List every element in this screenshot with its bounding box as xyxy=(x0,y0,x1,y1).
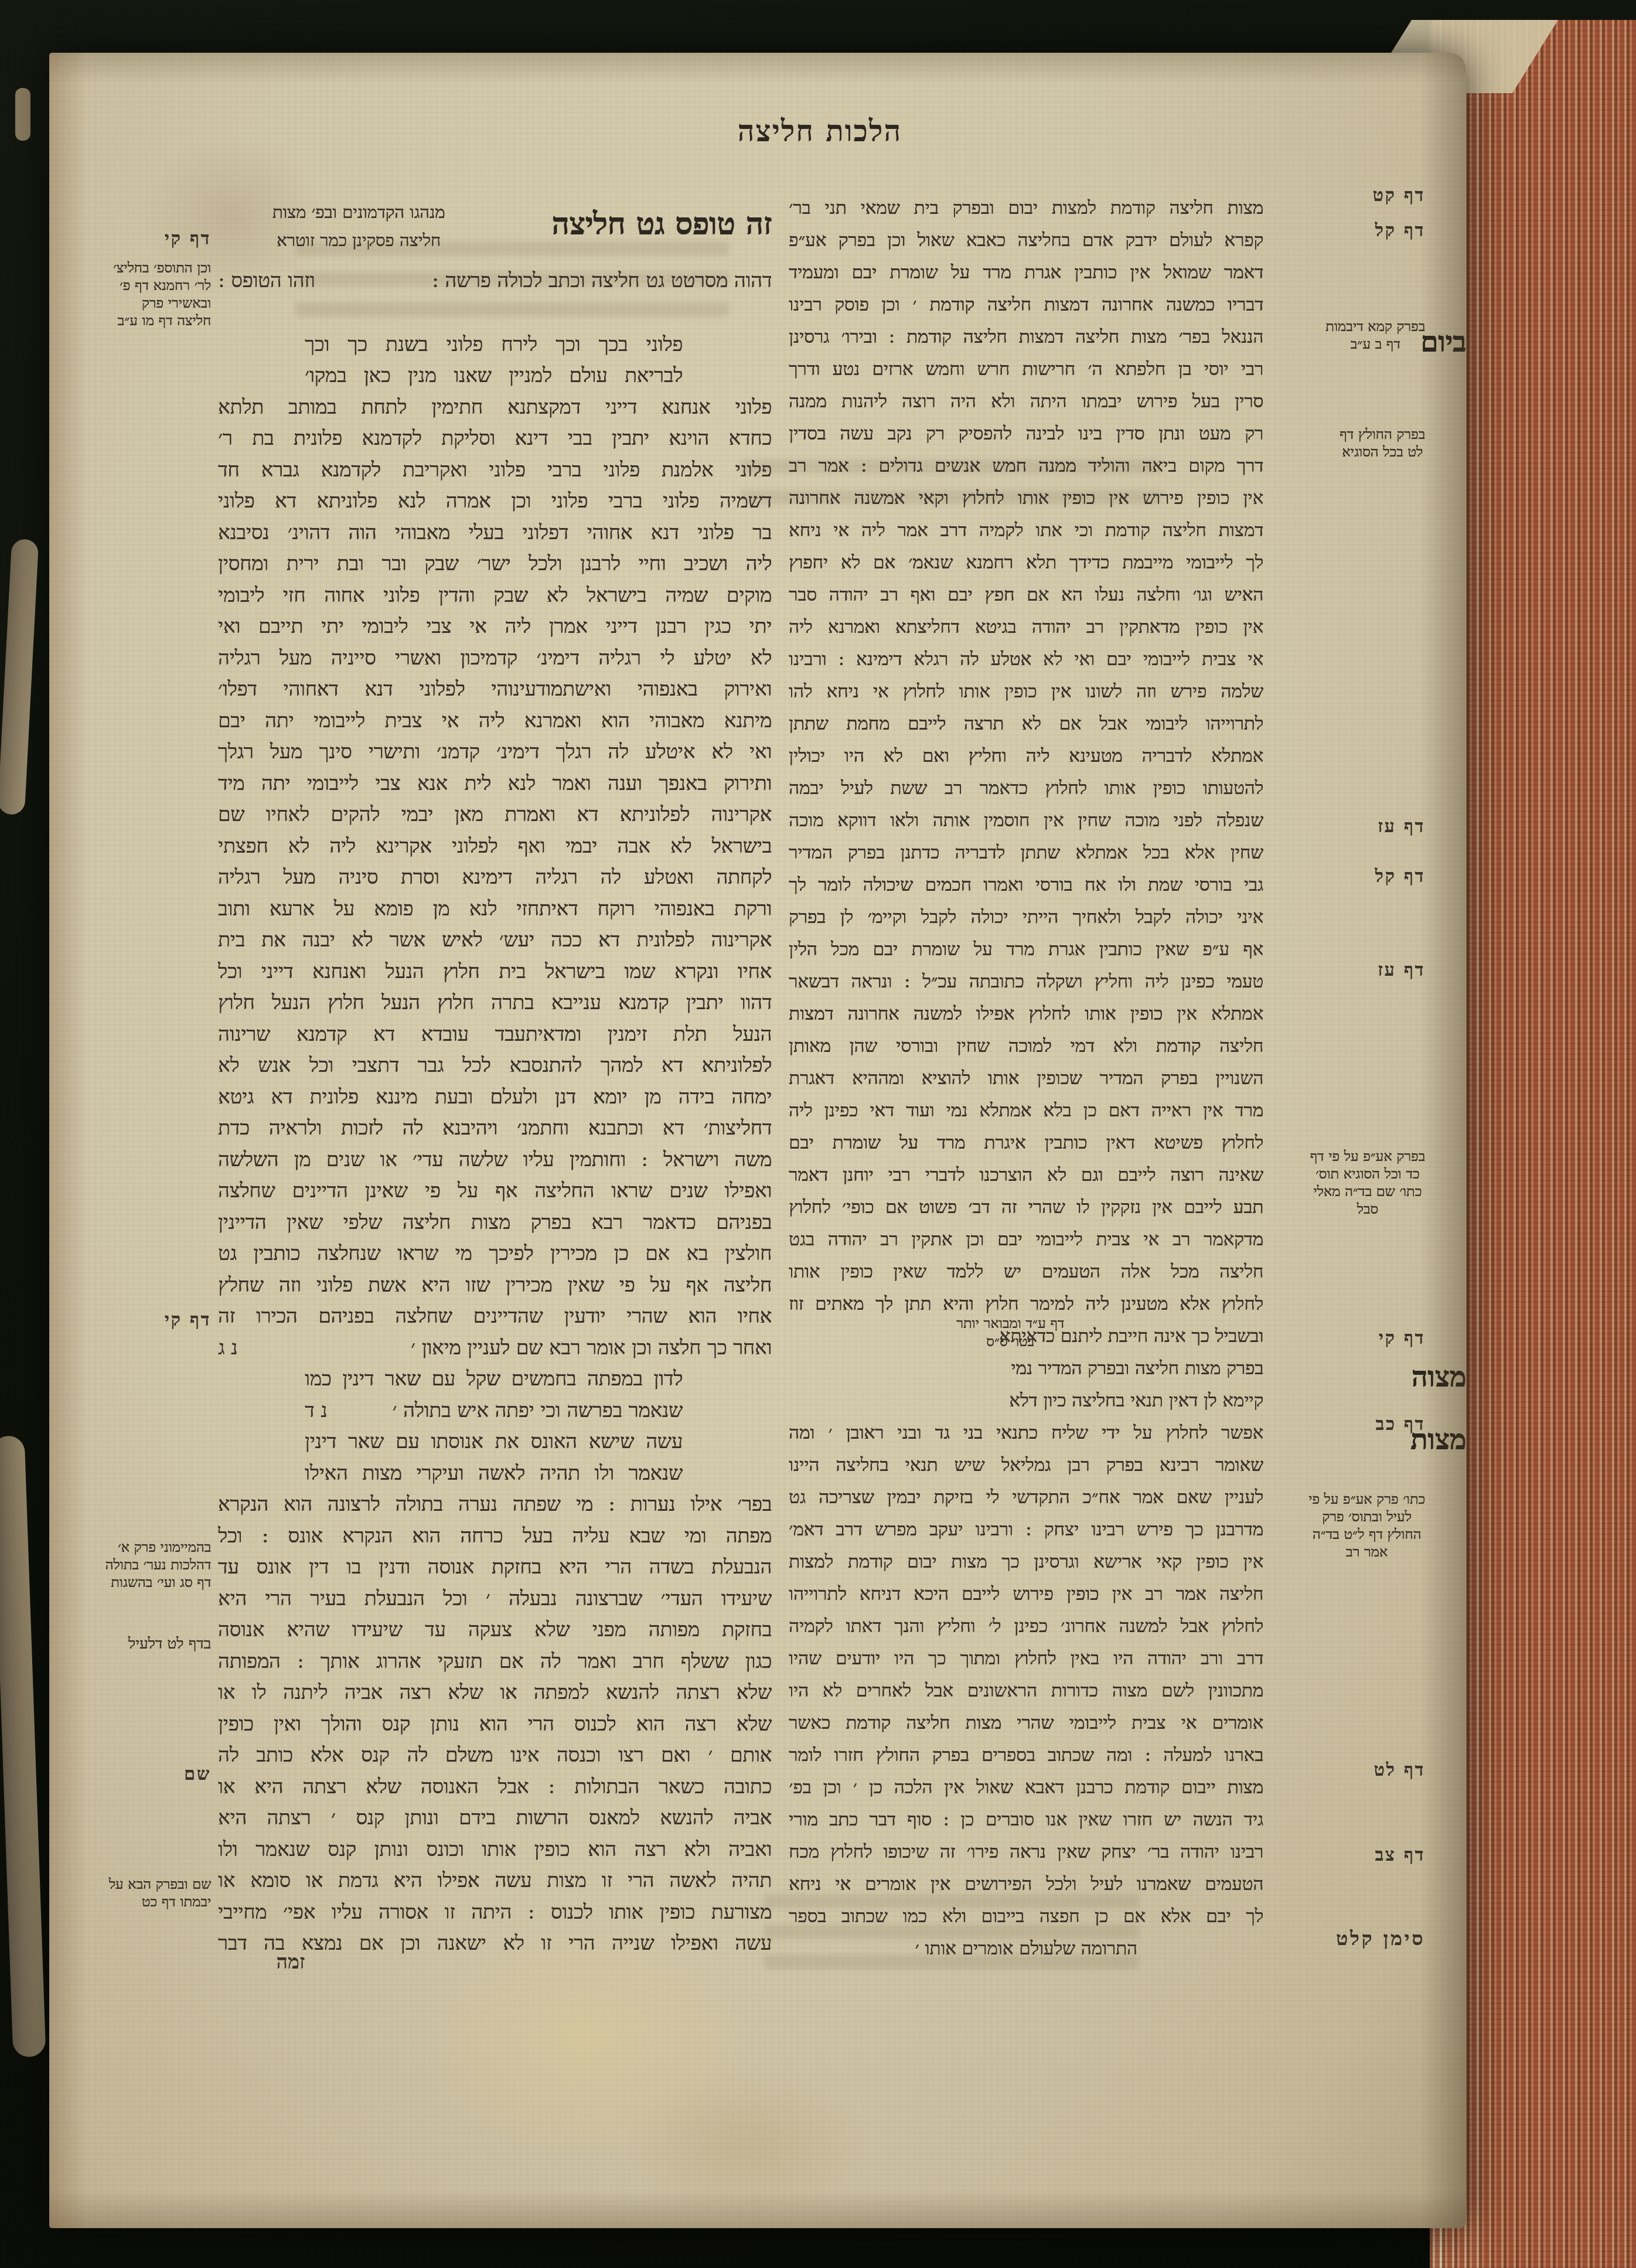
note-line: בהמיימוני פרק א׳ xyxy=(57,1538,211,1556)
text-line: לבריאת עולם למניין שאנו מנין כאן במקו׳ xyxy=(218,360,772,392)
note-line: וכן התוספ׳ בחליצ׳ xyxy=(57,259,211,277)
text-line: מיתנא מאבוהי הוא ואמרנא ליה אי צבית לייב… xyxy=(218,706,772,737)
text-line: התרומה שלעולם אומרים אותו ׳ xyxy=(789,1933,1263,1965)
margin-ref: דף קי xyxy=(1379,1328,1425,1348)
text-line: כגון ששלף חרב ואמר לה אם תזעקי אהרוג אות… xyxy=(218,1646,772,1678)
text-line: שלמה פירש וזה לשונו אין כופין אותו לחלוץ… xyxy=(789,676,1263,708)
text-line: ורקת באנפוהי רוקח דאיתחזי לנא מן פומא על… xyxy=(218,894,772,925)
text-line: דהוה מסרטט גט חליצה וכתב לכולה פרשה :וזה… xyxy=(218,265,772,297)
text-line: מתכוונין לשם מצוה כדורות הראשונים אבל לא… xyxy=(789,1675,1263,1707)
book-page: הלכות חליצה מצות חליצה קודמת למצות יבום … xyxy=(49,53,1466,2228)
margin-ref: דף קל xyxy=(1375,220,1425,241)
text-line: שנאמר בפרשה וכי יפתה איש בתולה ׳נ ד xyxy=(218,1395,772,1427)
text-line: גיד הנשה יש חזרו שאין אנו סוברים כן : סו… xyxy=(789,1804,1263,1836)
margin-gloss: בהמיימוני פרק א׳דהלכות נער׳ בתולהדף סג ו… xyxy=(57,1538,211,1591)
text-line: בישראל לא אבה יבמי ואף לפלוני אקרינא ליה… xyxy=(218,831,772,863)
note-line: בדף לט דלעיל xyxy=(57,1635,211,1653)
text-line: השנויין בפרק המדיר שכופין אותו להוציא ומ… xyxy=(789,1063,1263,1095)
note-line: בפרק אע״פ על פי דף xyxy=(1310,1147,1425,1165)
margin-ref: דף לט xyxy=(1373,1760,1425,1780)
text-segment: נ ג xyxy=(218,1333,237,1364)
big-initial-word: מצות xyxy=(1410,1424,1466,1456)
text-line: להטעותו כופין אותו לחלוץ כדאמר רב ששת לע… xyxy=(789,772,1263,805)
text-line: ואי לא איטלע לה רגלך דימינ׳ קדמנ׳ ותישרי… xyxy=(218,737,772,768)
text-line: לך יבם אלא אם כן חפצה בייבום ולא כמו שכת… xyxy=(789,1901,1263,1933)
text-line: כתובה כשאר הבתולות : אבל האנוסה שלא רצתה… xyxy=(218,1772,772,1803)
text-line: מצות ייבום קודמת כרבנן דאבא שאול אין הלכ… xyxy=(789,1772,1263,1804)
text-line: גבי בורסי שמת ולו אח בורסי ואמרו חכמים ש… xyxy=(789,869,1263,901)
note-line: לט בכל הסוגיא xyxy=(1340,443,1425,461)
text-line: חליצה אף על פי שאין מכירין שזו היא אשת פ… xyxy=(218,1270,772,1302)
text-line: חליצה קודמת ולא דמי למוכה שחין ובורסי שה… xyxy=(789,1030,1263,1063)
text-line: סרין בעל פירוש יבמתו היתה ולא היה רוצה ל… xyxy=(789,386,1263,418)
text-line: אף ע״פ שאין כותבין אגרת מרד על שומרת יבם… xyxy=(789,934,1263,966)
left-column-lines: דהוה מסרטט גט חליצה וכתב לכולה פרשה :וזה… xyxy=(218,265,772,1960)
margin-ref: דף קי xyxy=(57,229,211,249)
text-line: לחלוץ אבל למשנה אחרונ׳ כפינן ל׳ וחליץ וה… xyxy=(789,1610,1263,1643)
text-line: שלא רצתה להנשא למפתה או שלא רצה אביה לית… xyxy=(218,1677,772,1709)
section-subtitle: מנהגו הקדמונים ובפ׳ מצותחליצה פסקינן כמר… xyxy=(218,192,499,265)
note-line: אמר רב xyxy=(1308,1543,1425,1561)
text-line: דרך מקום ביאה והוליד ממנה חמש אנשים גדול… xyxy=(789,450,1263,482)
text-line: ואביה ולא רצה הוא כופין אותו וכונס ונותן… xyxy=(218,1834,772,1866)
text-line: לחלוץ פשיטא דאין כותבין איגרת מרד על שומ… xyxy=(789,1127,1263,1159)
text-line: אין כופין מדאתקין רב יהודה בגיטא דחליצתא… xyxy=(789,611,1263,643)
note-line: בפרק החולץ דף xyxy=(1340,425,1425,443)
scanned-book-photo: הלכות חליצה מצות חליצה קודמת למצות יבום … xyxy=(0,0,1636,2268)
text-line: לך לייבומי מייבמת כדידך תלא רחמנא שנאמ׳ … xyxy=(789,547,1263,579)
margin-gloss: וכן התוספ׳ בחליצ׳לר׳ רחמנא דף פ׳ובאשירי … xyxy=(57,259,211,329)
text-line: בר פלוני דנא אחוהי דפלוני בעלי מאבוהי הו… xyxy=(218,517,772,549)
text-segment: וזהו הטופס : xyxy=(218,265,315,297)
note-line: דף ב ע״ב xyxy=(1325,335,1425,353)
note-line: חליצה דף מו ע״ב xyxy=(57,312,211,329)
text-line: לתרוייהו ליבומי אבל אם לא תרצה לייבם מחמ… xyxy=(789,708,1263,740)
text-line: לא יטלע לי רגליה דימינ׳ קדמיכון ואשרי סי… xyxy=(218,643,772,675)
text-line: ואפילו שנים שראו החליצה אף על פי שאינן ה… xyxy=(218,1176,772,1207)
text-segment: ואחר כך חלצה וכן אומר רבא שם לעניין מיאו… xyxy=(411,1333,772,1364)
text-line: קיימא לן דאין תנאי בחליצה כיון דלא xyxy=(789,1385,1263,1417)
margin-gloss: שם ובפרק הבא עליבמתו דף כט xyxy=(57,1875,211,1911)
text-line: ותירוק באנפך וענה ואמר לנא לית אנא צבי ל… xyxy=(218,768,772,800)
text-line: אותם ׳ ואם רצו וכנסה אינו משלם לה קנס אל… xyxy=(218,1740,772,1772)
text-line: איני יכולה לקבל ולאחיך הייתי יכולה לקבל … xyxy=(789,901,1263,934)
text-line: דהוו יתבין קדמנא ענייבא בתרה חלוץ הנעל ח… xyxy=(218,987,772,1019)
text-line: מפתה ומי שבא עליה בעל כרחה הוא הנקרא אונ… xyxy=(218,1521,772,1552)
text-line: דחליצות׳ דא וכתבנא וחתמנ׳ ויהיבנא לה לזכ… xyxy=(218,1113,772,1145)
text-line: חליצה אמר רב אין כופין פירוש לייבם היכא … xyxy=(789,1578,1263,1610)
text-line: רק מעט ונתן סדין בינו לבינה להפסיק רק נק… xyxy=(789,418,1263,450)
note-line: שם ובפרק הבא על xyxy=(57,1875,211,1893)
text-line: מצות חליצה קודמת למצות יבום ובפרק בית שמ… xyxy=(789,192,1263,224)
text-line: מצורעת כופין אותו לכנוס : היתה זו אסורה … xyxy=(218,1897,772,1929)
margin-gloss: בפרק קמא דיבמותדף ב ע״ב xyxy=(1325,318,1425,353)
margin-ref: דף כב xyxy=(1375,1414,1425,1435)
text-line: רבינו יהודה בר׳ יצחק שאין נראה פירו׳ זה … xyxy=(789,1836,1263,1868)
text-line: ואחר כך חלצה וכן אומר רבא שם לעניין מיאו… xyxy=(218,1333,772,1364)
margin-ref: דף צב xyxy=(1375,1845,1425,1865)
text-line: הננאל בפר׳ מצות חליצה דמצות חליצה קודמת … xyxy=(789,321,1263,353)
text-line: אמתלא לדבריה מטעינא ליה וחליץ ואם לא היו… xyxy=(789,740,1263,772)
note-line: דף סג ועי׳ בהשגות xyxy=(57,1574,211,1591)
text-line: אין כופין פירוש אין כופין אותו לחלוץ וקא… xyxy=(789,482,1263,515)
note-line: החולץ דף ל״ט בד״ה xyxy=(1308,1525,1425,1543)
margin-ref: דף עז xyxy=(1378,960,1425,980)
note-line: יבמתו דף כט xyxy=(57,1893,211,1911)
text-line: בפרק מצות חליצה ובפרק המדיר נמי xyxy=(789,1353,1263,1385)
catchword: זמה xyxy=(244,1950,338,1974)
text-line: אמתלא אין כופין אותו לחלוץ אפילו למשנה א… xyxy=(789,998,1263,1030)
text-line: רבי יוסי בן חלפתא ה׳ חרישות חרש וחמש ארז… xyxy=(789,353,1263,386)
note-line: בפרק קמא דיבמות xyxy=(1325,318,1425,335)
text-line: ובשביל כך אינה חייבת ליתנם כדאיתא xyxy=(789,1320,1263,1353)
note-line: ובאשירי פרק xyxy=(57,294,211,312)
text-line: לפלוניתא דא למהך להתנסבא לכל גבר דתצבי ו… xyxy=(218,1050,772,1082)
text-line: מדקאמר רב אי צבית לייבומי יבם וכן אתקין … xyxy=(789,1224,1263,1256)
text-line: אין כופין קאי ארישא וגרסינן כך מצות יבום… xyxy=(789,1546,1263,1578)
text-segment: דהוה מסרטט גט חליצה וכתב לכולה פרשה : xyxy=(432,265,772,297)
left-text-column: זה טופס גט חליצה מנהגו הקדמונים ובפ׳ מצו… xyxy=(218,192,772,1960)
note-line: לעיל ובתוס׳ פרק xyxy=(1308,1508,1425,1525)
paper-stain xyxy=(623,2069,870,2221)
margin-ref: דף עז xyxy=(1378,816,1425,837)
text-line: אקרינוה לפלונית דא ככה יעש׳ לאיש אשר לא … xyxy=(218,925,772,956)
text-line: בפר׳ אילו נערות : מי שפתה נערה בתולה לרצ… xyxy=(218,1489,772,1521)
text-line: משה וישראל : וחותמין עליו שלשה עדי׳ או ש… xyxy=(218,1145,772,1176)
margin-gloss: בפרק אע״פ על פי דףכד וכל הסוגיא תוס׳כתו׳… xyxy=(1310,1147,1425,1218)
text-line: דשמיה פלוני ברבי פלוני וכן אמרה לנא פלונ… xyxy=(218,486,772,517)
note-line: לר׳ רחמנא דף פ׳ xyxy=(57,277,211,294)
text-line: אחיו ונקרא שמו בישראל בית חלוץ הנעל ואנח… xyxy=(218,956,772,988)
running-header: הלכות חליצה xyxy=(694,114,946,148)
right-text-column: מצות חליצה קודמת למצות יבום ובפרק בית שמ… xyxy=(789,192,1263,1965)
text-line: שנפלה לפני מוכה שחין אין חוסמין אותה ולא… xyxy=(789,805,1263,837)
text-line: שאומר רבינא בפרק רבן גמליאל שיש תנאי בחל… xyxy=(789,1449,1263,1482)
text-line: תהיה לאשה הרי זו מצות עשה אפילו היא גדמת… xyxy=(218,1865,772,1897)
text-line: טעמי כפינן ליה וחליץ ושקלה כתובתה עכ״ל :… xyxy=(789,966,1263,998)
text-line: אביה להנשא למאנס הרשות בידם ונותן קנס ׳ … xyxy=(218,1803,772,1834)
text-line: אי צבית לייבומי יבם ואי לא אטלע לה רגלא … xyxy=(789,643,1263,676)
text-line: שאינה רוצה לייבם וגם לא הוצרכנו לדברי רב… xyxy=(789,1159,1263,1191)
text-line: כחדא הוינא יתבין בבי דינא וסליקת לקדמנא … xyxy=(218,423,772,455)
text-line: פלוני אלמנת פלוני ברבי פלוני ואקריבת לקד… xyxy=(218,455,772,486)
text-line: דבריו כמשנה אחרונה דמצות חליצה קודמת ׳ ו… xyxy=(789,289,1263,321)
text-line: קפרא לעולם ידבק אדם בחליצה כאבא שאול וכן… xyxy=(789,224,1263,257)
text-line: דמצות חליצה קודמת וכי אתו לקמיה דרב אמר … xyxy=(789,515,1263,547)
underlying-page-sliver xyxy=(0,1435,46,2057)
section-title: זה טופס גט חליצה xyxy=(499,192,772,265)
text-line: הנעל תלת זימנין ומדאיתעבד עובדא דא קדמנא… xyxy=(218,1019,772,1051)
text-line: חולצין בא אם כן מכירין לפיכך מי שראו שנח… xyxy=(218,1238,772,1270)
margin-ref: דף קי xyxy=(57,1310,211,1330)
note-line: סבל xyxy=(1310,1200,1425,1218)
note-line: דהלכות נער׳ בתולה xyxy=(57,1556,211,1574)
note-line: כתו׳ שם בד״ה מאלי xyxy=(1310,1183,1425,1200)
text-line: מרד אין ראייה דאם כן בלא אמתלא נמי ועוד … xyxy=(789,1095,1263,1127)
margin-ref: דף קט xyxy=(1372,185,1425,206)
text-line: אפשר לחלוץ על ידי שליח כתנאי בני גד ובני… xyxy=(789,1417,1263,1449)
text-line: אקרינוה לפלוניתא דא ואמרת מאן יבמי להקים… xyxy=(218,799,772,831)
margin-gloss: בפרק החולץ דףלט בכל הסוגיא xyxy=(1340,425,1425,461)
text-segment: נ ד xyxy=(305,1395,327,1427)
underlying-page-sliver xyxy=(0,539,39,815)
text-line: מוקים שמיה בישראל לא שבק והדין פלוני אחו… xyxy=(218,580,772,612)
text-line: הטעמים שאמרנו לעיל ולכל הפירושים אין אומ… xyxy=(789,1868,1263,1901)
text-line: עשה שישא האונס את אנוסתו עם שאר דינין xyxy=(218,1426,772,1458)
text-line: לעניין שאם אמר אח״כ התקדשי לי בזיקת יבמי… xyxy=(789,1482,1263,1514)
text-line: שלא רצה הוא לכנוס הרי הוא נותן קנס והולך… xyxy=(218,1709,772,1741)
text-line: שחין אלא בכל אמתלא שתתן לדבריה כדתנן בפר… xyxy=(789,837,1263,869)
text-line: הנבעלת בשדה הרי היא בחזקת אנוסה ודנין בו… xyxy=(218,1552,772,1583)
text-line: יתי כגין רבנן דייני אמרן ליה אי צבי ליבו… xyxy=(218,611,772,643)
text-line: פלוני אנחנא דייני דמקצתנא חתימין לתחת במ… xyxy=(218,392,772,424)
note-line: כד וכל הסוגיא תוס׳ xyxy=(1310,1165,1425,1183)
text-line: לדון במפתה בחמשים שקל עם שאר דינין כמו xyxy=(218,1364,772,1395)
text-line: דאמר שמואל אין כותבין אגרת מרד על שומרת … xyxy=(789,257,1263,289)
text-segment: שנאמר בפרשה וכי יפתה איש בתולה ׳ xyxy=(392,1395,683,1427)
text-line xyxy=(218,297,772,329)
underlying-page-sliver xyxy=(15,88,30,141)
text-line: אומרים אי צבית לייבומי שהרי מצות חליצה ק… xyxy=(789,1707,1263,1739)
text-line: תבע לייבם אין נזקקין לו שהרי זה דב׳ פשוט… xyxy=(789,1191,1263,1224)
margin-ref: שם xyxy=(57,1764,211,1785)
margin-gloss: כתו׳ פרק אע״פ על פילעיל ובתוס׳ פרקהחולץ … xyxy=(1308,1490,1425,1561)
text-line: ואירוק באנפוהי ואישתמודעינוהי לפלוני דנא… xyxy=(218,674,772,706)
text-line: בחזקת מפותה מפני שלא צעקה עד שיעידו שהיא… xyxy=(218,1615,772,1646)
text-line: חליצה מכל אלה הטעמים יש ללמד שאין כופין … xyxy=(789,1256,1263,1288)
text-line: פלוני בכך וכך לירח פלוני בשנת כך וכך xyxy=(218,329,772,361)
text-line: האיש וגו׳ וחלצה נעלו הא אם חפץ יבם ואף ר… xyxy=(789,579,1263,611)
margin-gloss: בדף לט דלעיל xyxy=(57,1635,211,1653)
text-line: שיעידו העדי׳ שברצונה נבעלה ׳ וכל הנבעלת … xyxy=(218,1583,772,1615)
big-initial-word: ביום xyxy=(1420,326,1466,359)
text-line: לחלוץ אלא מטעינן ליה למימר חלוץ והיא תתן… xyxy=(789,1288,1263,1320)
big-initial-word: מצוה xyxy=(1412,1361,1467,1394)
text-line: חליצה פסקינן כמר זוטרא xyxy=(218,226,499,254)
text-line: לקחתה ואטלע לה רגליה דימינא וסרת סיניה מ… xyxy=(218,862,772,894)
note-line: כתו׳ פרק אע״פ על פי xyxy=(1308,1490,1425,1508)
text-line: אחיו הוא שהרי יודעין שהדיינים שחלצה בפני… xyxy=(218,1301,772,1333)
text-line: דרב ורב יהודה היו באין לחלוץ ומתוך כך הי… xyxy=(789,1643,1263,1675)
siman-ref: סימן קלט xyxy=(1336,1927,1425,1950)
text-line: מדרבנן כך פירש רבינו יצחק : ורבינו יעקב … xyxy=(789,1514,1263,1546)
text-line: מנהגו הקדמונים ובפ׳ מצות xyxy=(218,198,499,226)
text-line: בפניהם כדאמר רבא בפרק מצות חליצה שלפי שא… xyxy=(218,1207,772,1239)
margin-ref: דף קל xyxy=(1375,866,1425,887)
text-line: ימחה בידה מן יומא דנן ולעלם ובעת מיננא פ… xyxy=(218,1082,772,1113)
text-line: בארנו למעלה : ומה שכתוב בספרים בפרק החול… xyxy=(789,1739,1263,1772)
text-line: שנאמר ולו תהיה לאשה ועיקרי מצות האילו xyxy=(218,1458,772,1490)
section-heading-row: זה טופס גט חליצה מנהגו הקדמונים ובפ׳ מצו… xyxy=(218,192,772,265)
text-line: ליה ושכיב וחיי לרבנן ולכל ישר׳ שבק ובר ו… xyxy=(218,549,772,580)
